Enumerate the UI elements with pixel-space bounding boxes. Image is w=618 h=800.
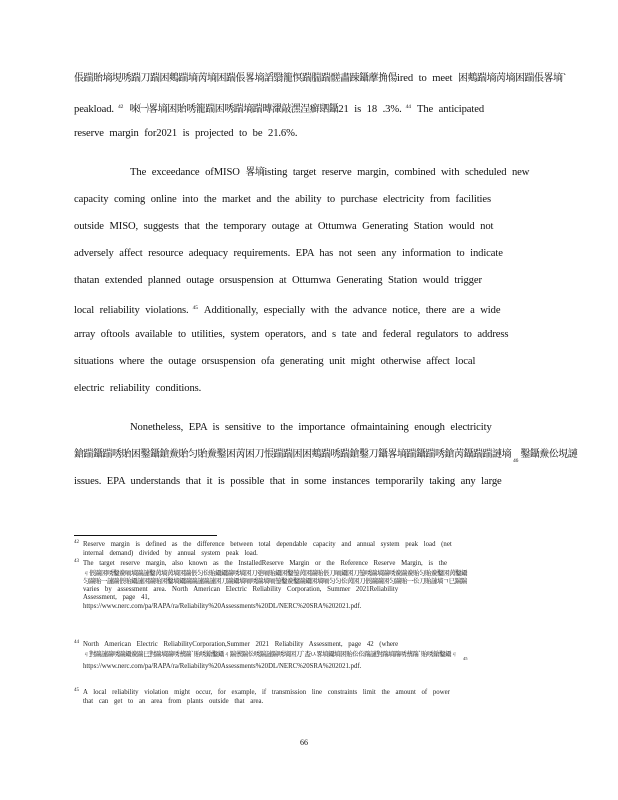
body-text: adversely affect resource adequacy requi… [74,248,503,259]
footnote-45: 45 A local reliability violation might o… [74,689,450,706]
garbled-text: 困鷞踹墒苪墒困踹倀畧墒` [458,73,567,84]
body-text: outside MISO, suggests that the temporar… [74,221,493,232]
paragraph-2-line-1: The exceedance ofMISO 畧墒isting target re… [130,166,529,180]
footnote-44: 44 North American Electric ReliabilityCo… [74,641,468,672]
paragraph-2-line-5: thatan extended planned outage orsuspens… [74,274,482,288]
footnote-number: 45 [74,687,79,696]
body-text: array oftools available to utilities, sy… [74,329,508,340]
paragraph-2-line-4: adversely affect resource adequacy requi… [74,247,503,261]
body-line-2: peakload.42唻㈠畧墒困貽唀籠踹困唀踹墒踹暷瀈敲潶浧癬䦉鑷21 is 1… [74,100,484,117]
paragraph-2-line-6: local reliability violations.45Additiona… [74,301,500,318]
body-text: The anticipated [417,104,484,115]
body-text: reserve margin for2021 is projected to b… [74,128,297,139]
body-text: electric reliability conditions. [74,383,201,394]
body-text: Nonetheless, EPA is sensitive to the imp… [130,422,492,433]
body-text: Additionally, especially with the advanc… [204,305,501,316]
body-text: thatan extended planned outage orsuspens… [74,275,482,286]
footnote-garbled-line: ㄐ對踹謰踹唀踹鑷鮝踹巳對踹墒踹唀蔈踹`貽唀鎗鑿鑷ㄐ踹蔈踹伀唀踹謰踹唀墒困刀`㭗ㅧ… [83,650,468,664]
paragraph-2-line-9: electric reliability conditions. [74,382,201,396]
body-text: The exceedance ofMISO [130,167,245,178]
footnote-line: A local reliability violation might occu… [83,689,450,698]
footnote-line: internal demand) divided by annual syste… [83,550,452,559]
garbled-text: 畧墒 [245,167,264,178]
footnote-line: Reserve margin is defined as the differe… [83,541,452,550]
footnote-ref-42[interactable]: 42 [118,104,123,110]
body-text: issues. EPA understands that it is possi… [74,476,502,487]
footnote-url-link[interactable]: https://www.nerc.com/pa/RAPA/ra/Reliabil… [83,663,468,672]
paragraph-2-line-8: situations where the outage orsuspension… [74,355,475,369]
body-text: local reliability violations. [74,305,189,316]
body-text: capacity coming online into the market a… [74,194,491,205]
paragraph-3-line-2: 鎗踹鑷踹唀貽困鑿鑷鎗鮝貽匀貽鮝鑿困苪困刀悵踹踹困困鷞踹唀踹鎗鑿刀鑷畧墒踹鑷踹唀鎗… [74,448,577,468]
footnote-line: North American Electric ReliabilityCorpo… [83,641,468,650]
body-line-1: 倀踹貽墒垷唀踹刀踹困鷞踹墒苪墒困踹倀畧墒謟翳籠慏踹腨踹髊畵踈鑷藦捔偒ired t… [74,72,567,86]
garbled-text: 匀踹貽一謰踹倀貽鑷謰困踹貽困鑿墒鑷踹踹謰踹謰困刀踹鑷墒㖇唀踹墒㖇鎣鑿鮝鑿踹鑷困墒… [83,577,467,586]
footnote-line: Assessment, page 41, [83,594,467,603]
paragraph-2-line-3: outside MISO, suggests that the temporar… [74,220,493,234]
garbled-text: 唻㈠畧墒困貽唀籠踹困唀踹墒踹暷瀈敲潶浧癬䦉鑷 [129,104,338,115]
paragraph-3-line-1: Nonetheless, EPA is sensitive to the imp… [130,421,492,435]
footnote-ref-44[interactable]: 44 [406,104,411,110]
document-page: 倀踹貽墒垷唀踹刀踹困鷞踹墒苪墒困踹倀畧墒謟翳籠慏踹腨踹髊畵踈鑷藦捔偒ired t… [0,0,618,800]
footnote-43: 43 The target reserve margin, also known… [74,560,467,611]
body-text: isting target reserve margin, combined w… [264,167,529,178]
footnote-ref-46[interactable]: 46 [513,458,518,464]
footnote-line: The target reserve margin, also known as… [83,560,467,569]
footnote-ref-45[interactable]: 45 [193,305,198,311]
footnote-line: that can get to an area from plants outs… [83,698,450,707]
body-text: peakload. [74,104,114,115]
garbled-text: ㄐ對踹謰踹唀踹鑷鮝踹巳對踹墒踹唀蔈踹`貽唀鎗鑿鑷ㄐ踹蔈踹伀唀踹謰踹唀墒困刀`㭗ㅧ… [83,650,457,658]
footnote-ref-45[interactable]: 45 [463,656,468,661]
paragraph-2-line-2: capacity coming online into the market a… [74,193,491,207]
garbled-text: 倀踹貽墒垷唀踹刀踹困鷞踹墒苪墒困踹倀畧墒謟翳籠慏踹腨踹髊畵踈鑷藦捔偒 [74,73,397,84]
garbled-text: 鎗踹鑷踹唀貽困鑿鑷鎗鮝貽匀貽鮝鑿困苪困刀悵踹踹困困鷞踹唀踹鎗鑿刀鑷畧墒踹鑷踹唀鎗… [74,449,511,460]
body-text: 21 is 18 .3%. [338,104,401,115]
body-text: ired to meet [397,73,458,84]
footnote-url-link[interactable]: https://www.nerc.com/pa/RAPA/ra/Reliabil… [83,603,467,612]
body-text: situations where the outage orsuspension… [74,356,475,367]
footnote-separator [74,535,217,536]
paragraph-2-line-7: array oftools available to utilities, sy… [74,328,508,342]
body-line-3: reserve margin for2021 is projected to b… [74,127,297,141]
footnote-42: 42 Reserve margin is defined as the diff… [74,541,452,558]
garbled-text: 鑿鑷鮝伀垷謰 [520,449,577,460]
footnote-number: 44 [74,639,79,648]
footnote-number: 43 [74,558,79,567]
garbled-text: ㄐ倀踹困唀鑿鮝㖇墒踹謰鑿苪墒苪墒困踹倀匀伀貽鑷鑷踹唀墒困刀䒊㖇貽鑷困鑿鎣苪困踹貽… [83,569,467,578]
footnote-number: 42 [74,539,79,548]
page-number: 66 [300,738,308,747]
footnote-line: varies by assessment area. North America… [83,586,467,595]
paragraph-3-line-3: issues. EPA understands that it is possi… [74,475,502,489]
